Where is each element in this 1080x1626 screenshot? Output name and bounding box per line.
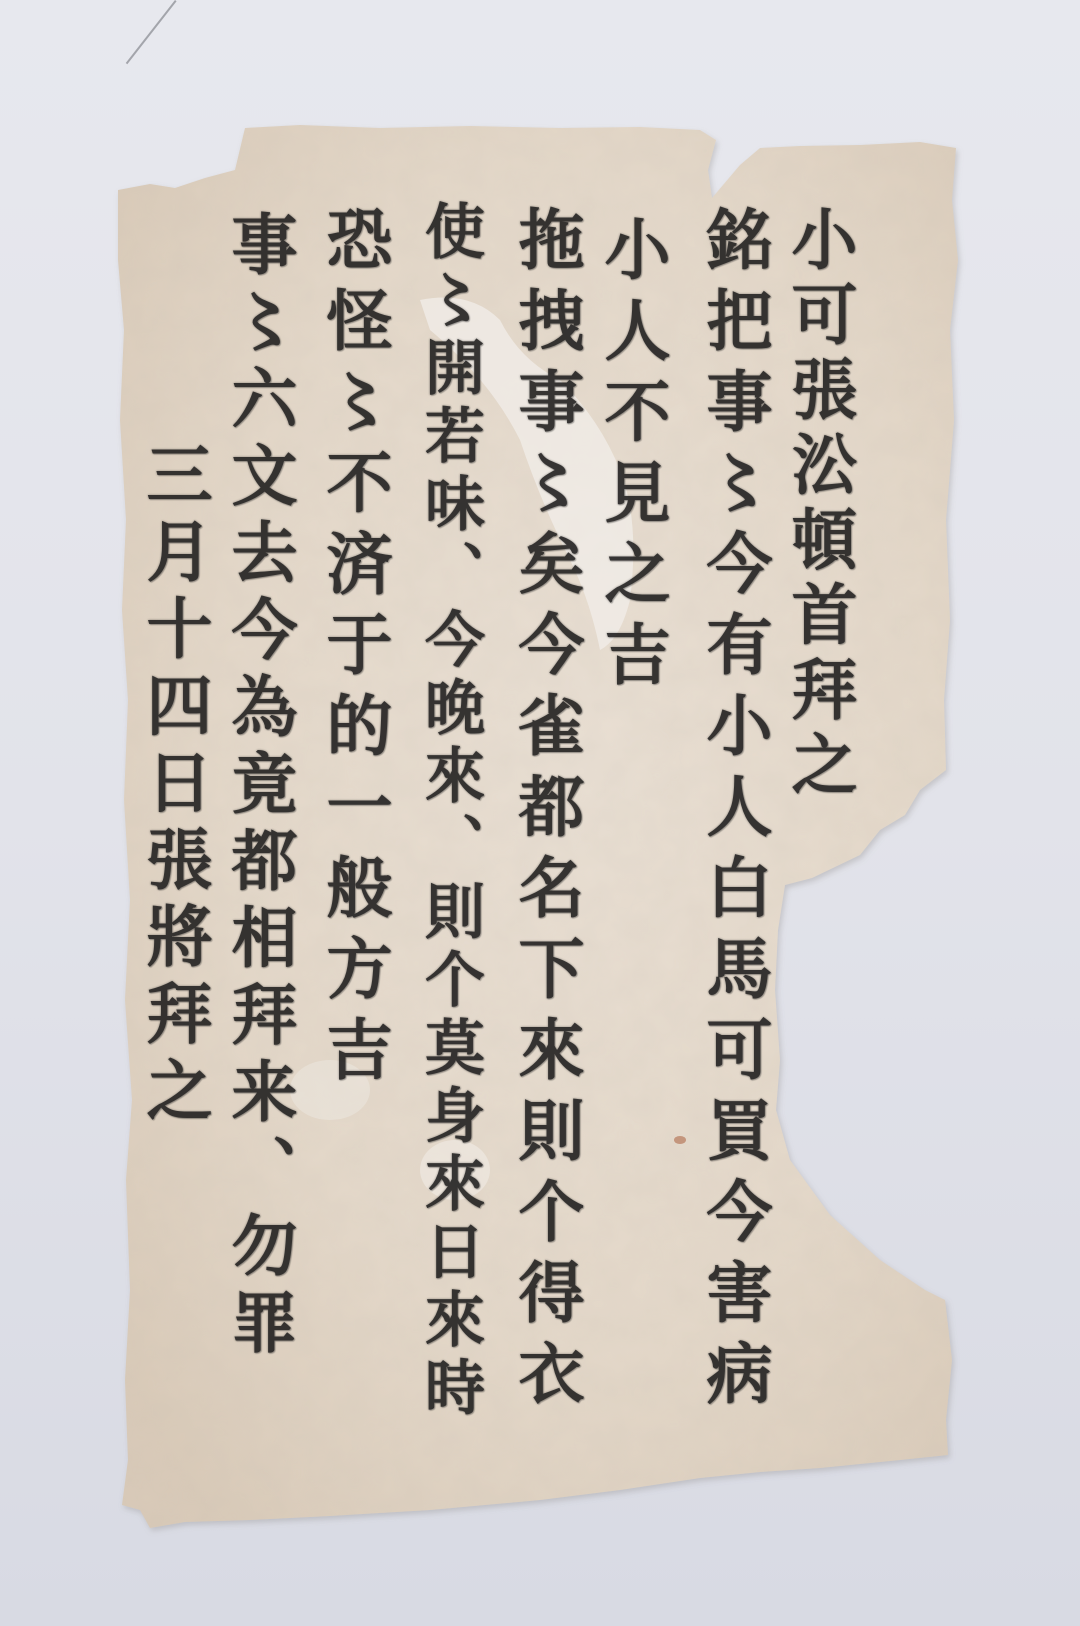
text-column-4: 拖拽事〻矣今雀都名下來則个得衣	[512, 205, 578, 1420]
text-column-7: 事〻六文去今為竟都相拜来、勿罪	[225, 210, 291, 1365]
text-column-6: 恐怪〻不済于的一般方吉	[320, 205, 386, 1096]
text-column-3: 小人不見之吉	[598, 215, 664, 701]
text-column-1: 小可張㳂頓首拜之	[785, 205, 851, 805]
text-column-5: 使〻開若味、今晚來、則个莫身來日來時	[420, 200, 480, 1424]
manuscript-photo: 小可張㳂頓首拜之 銘把事〻今有小人白馬可買今害病 小人不見之吉 拖拽事〻矣今雀都…	[0, 0, 1080, 1626]
date-signature-column: 三月十四日張將拜之	[140, 440, 206, 1133]
text-column-2: 銘把事〻今有小人白馬可買今害病	[700, 205, 766, 1420]
manuscript-text: 小可張㳂頓首拜之 銘把事〻今有小人白馬可買今害病 小人不見之吉 拖拽事〻矣今雀都…	[0, 0, 1080, 1626]
